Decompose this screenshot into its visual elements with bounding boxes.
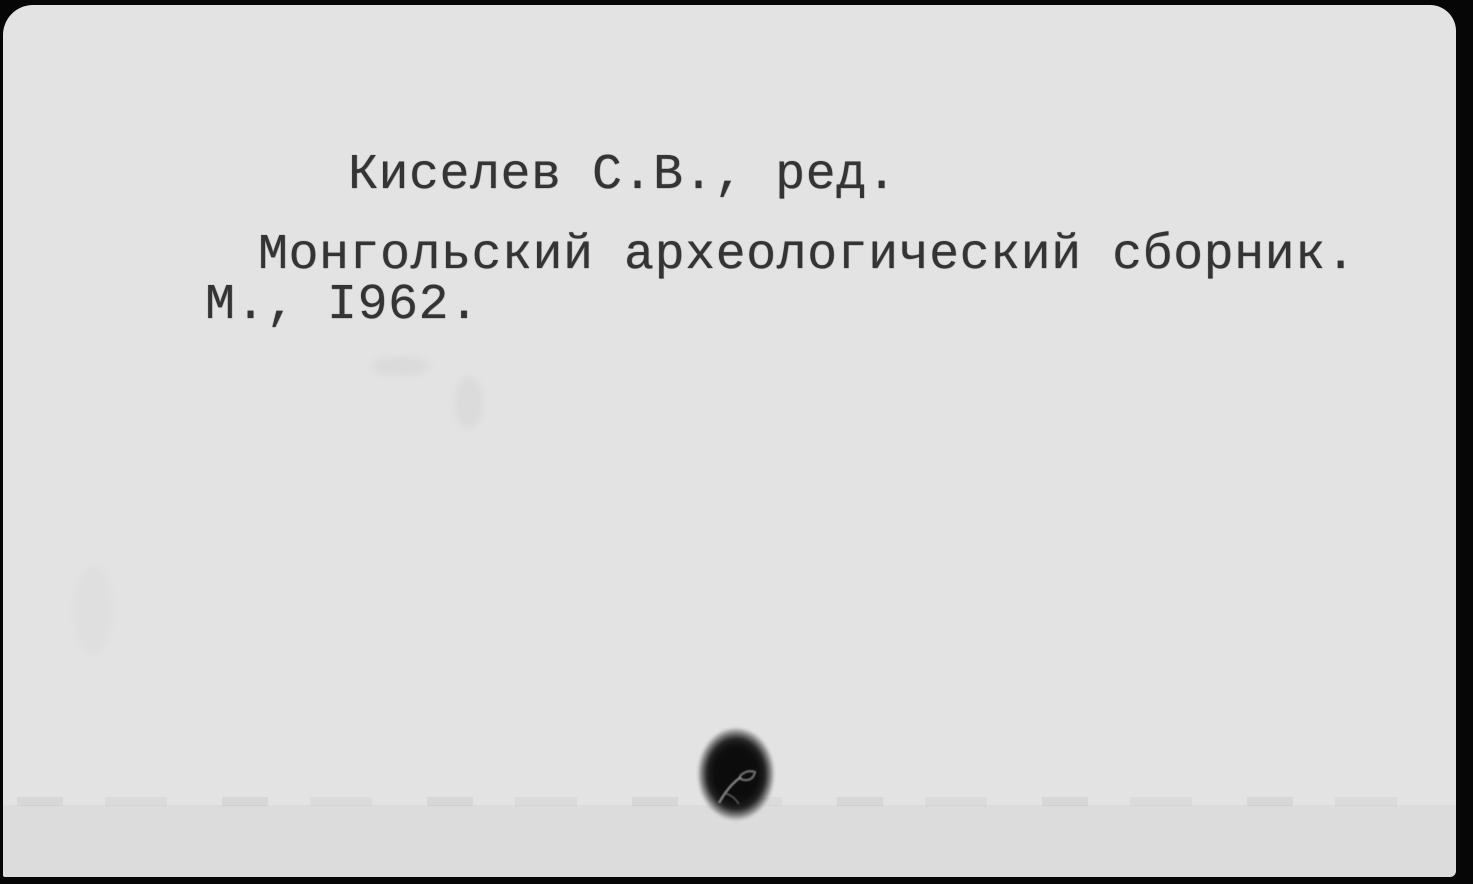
scan-smudge: [371, 357, 431, 375]
punch-hole-fiber-marks: [697, 727, 775, 821]
scanned-page: Киселев С.В., ред. Монгольский археологи…: [0, 0, 1473, 884]
author-line: Киселев С.В., ред.: [348, 151, 897, 201]
title-line: Монгольский археологический сборник.: [258, 231, 1356, 281]
punch-hole: [697, 727, 775, 821]
imprint-line: М., I962.: [205, 281, 480, 331]
scan-smudge: [455, 377, 483, 429]
scan-smudge: [73, 565, 113, 655]
catalog-card: Киселев С.В., ред. Монгольский археологи…: [3, 5, 1456, 877]
